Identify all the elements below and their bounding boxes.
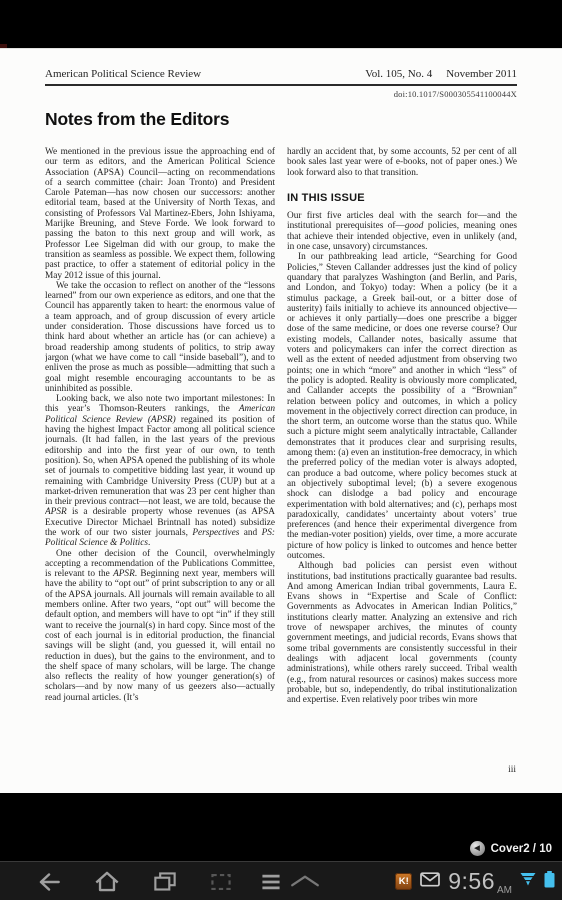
k-notification-icon[interactable]: K! [395, 873, 412, 890]
screenshot-button[interactable] [206, 867, 236, 897]
right-column: hardly an accident that, by some account… [287, 147, 517, 759]
issue-date: November 2011 [446, 68, 517, 80]
clock-meridiem: AM [497, 885, 512, 896]
left-column: We mentioned in the previous issue the a… [45, 147, 275, 759]
top-status-bar [0, 0, 562, 48]
chevron-left-icon: ◀ [470, 841, 485, 856]
clock-time: 9:56 [448, 868, 495, 894]
italic-text-run: good [405, 221, 424, 231]
italic-text-run: APSR [45, 507, 67, 517]
text-run: . Beginning next year, members will have… [45, 569, 275, 703]
email-envelope-icon[interactable] [420, 872, 440, 892]
paragraph: One other decision of the Council, overw… [45, 549, 275, 703]
text-run: We mentioned in the previous issue the a… [45, 147, 275, 281]
journal-header: American Political Science Review Vol. 1… [45, 49, 517, 80]
home-icon [92, 867, 122, 897]
reader-bottom-strip: ◀ Cover2 / 10 [0, 793, 562, 861]
journal-name: American Political Science Review [45, 68, 201, 80]
page-indicator-label: Cover2 / 10 [491, 843, 552, 855]
paragraph: Our first five articles deal with the se… [287, 211, 517, 252]
system-nav-bar: K! 9:56AM [0, 861, 562, 900]
paragraph: We take the occasion to reflect on anoth… [45, 281, 275, 394]
paragraph: hardly an accident that, by some account… [287, 147, 517, 178]
text-run: We take the occasion to reflect on anoth… [45, 281, 275, 394]
collapse-button[interactable] [288, 867, 318, 897]
text-run: regained its position of having the high… [45, 415, 275, 507]
home-button[interactable] [92, 867, 122, 897]
text-run: In our pathbreaking lead article, “Searc… [287, 252, 517, 561]
paragraph: Although bad policies can persist even w… [287, 561, 517, 705]
paragraph: In our pathbreaking lead article, “Searc… [287, 252, 517, 561]
italic-text-run: Perspectives [192, 528, 239, 538]
paragraph: Looking back, we also note two important… [45, 394, 275, 548]
screenshot-icon [206, 867, 236, 897]
menu-button[interactable] [256, 867, 286, 897]
back-arrow-icon [34, 867, 64, 897]
header-rule [45, 84, 517, 86]
paragraph: We mentioned in the previous issue the a… [45, 147, 275, 281]
document-page[interactable]: American Political Science Review Vol. 1… [0, 48, 562, 793]
clock: 9:56AM [448, 868, 512, 895]
issue-info: Vol. 105, No. 4November 2011 [351, 68, 517, 80]
wifi-icon [520, 873, 536, 891]
text-run: Although bad policies can persist even w… [287, 561, 517, 705]
chevron-up-icon [288, 867, 318, 897]
status-cluster: K! 9:56AM [395, 862, 555, 900]
article-title: Notes from the Editors [45, 109, 517, 130]
recent-apps-icon [150, 867, 180, 897]
tablet-screen: American Political Science Review Vol. 1… [0, 0, 562, 900]
text-run: . [148, 538, 150, 548]
two-column-body: We mentioned in the previous issue the a… [45, 147, 517, 759]
italic-text-run: APSR [113, 569, 135, 579]
back-button[interactable] [34, 867, 64, 897]
section-heading: IN THIS ISSUE [287, 193, 517, 203]
issue-number: Vol. 105, No. 4 [365, 68, 432, 80]
text-run: and [239, 528, 261, 538]
doi-text: doi:10.1017/S000305541100044X [45, 89, 517, 99]
page-indicator[interactable]: ◀ Cover2 / 10 [470, 841, 552, 856]
text-run: hardly an accident that, by some account… [287, 147, 517, 178]
battery-icon [544, 871, 555, 893]
page-number: iii [508, 765, 516, 775]
menu-icon [256, 867, 286, 897]
recent-apps-button[interactable] [150, 867, 180, 897]
